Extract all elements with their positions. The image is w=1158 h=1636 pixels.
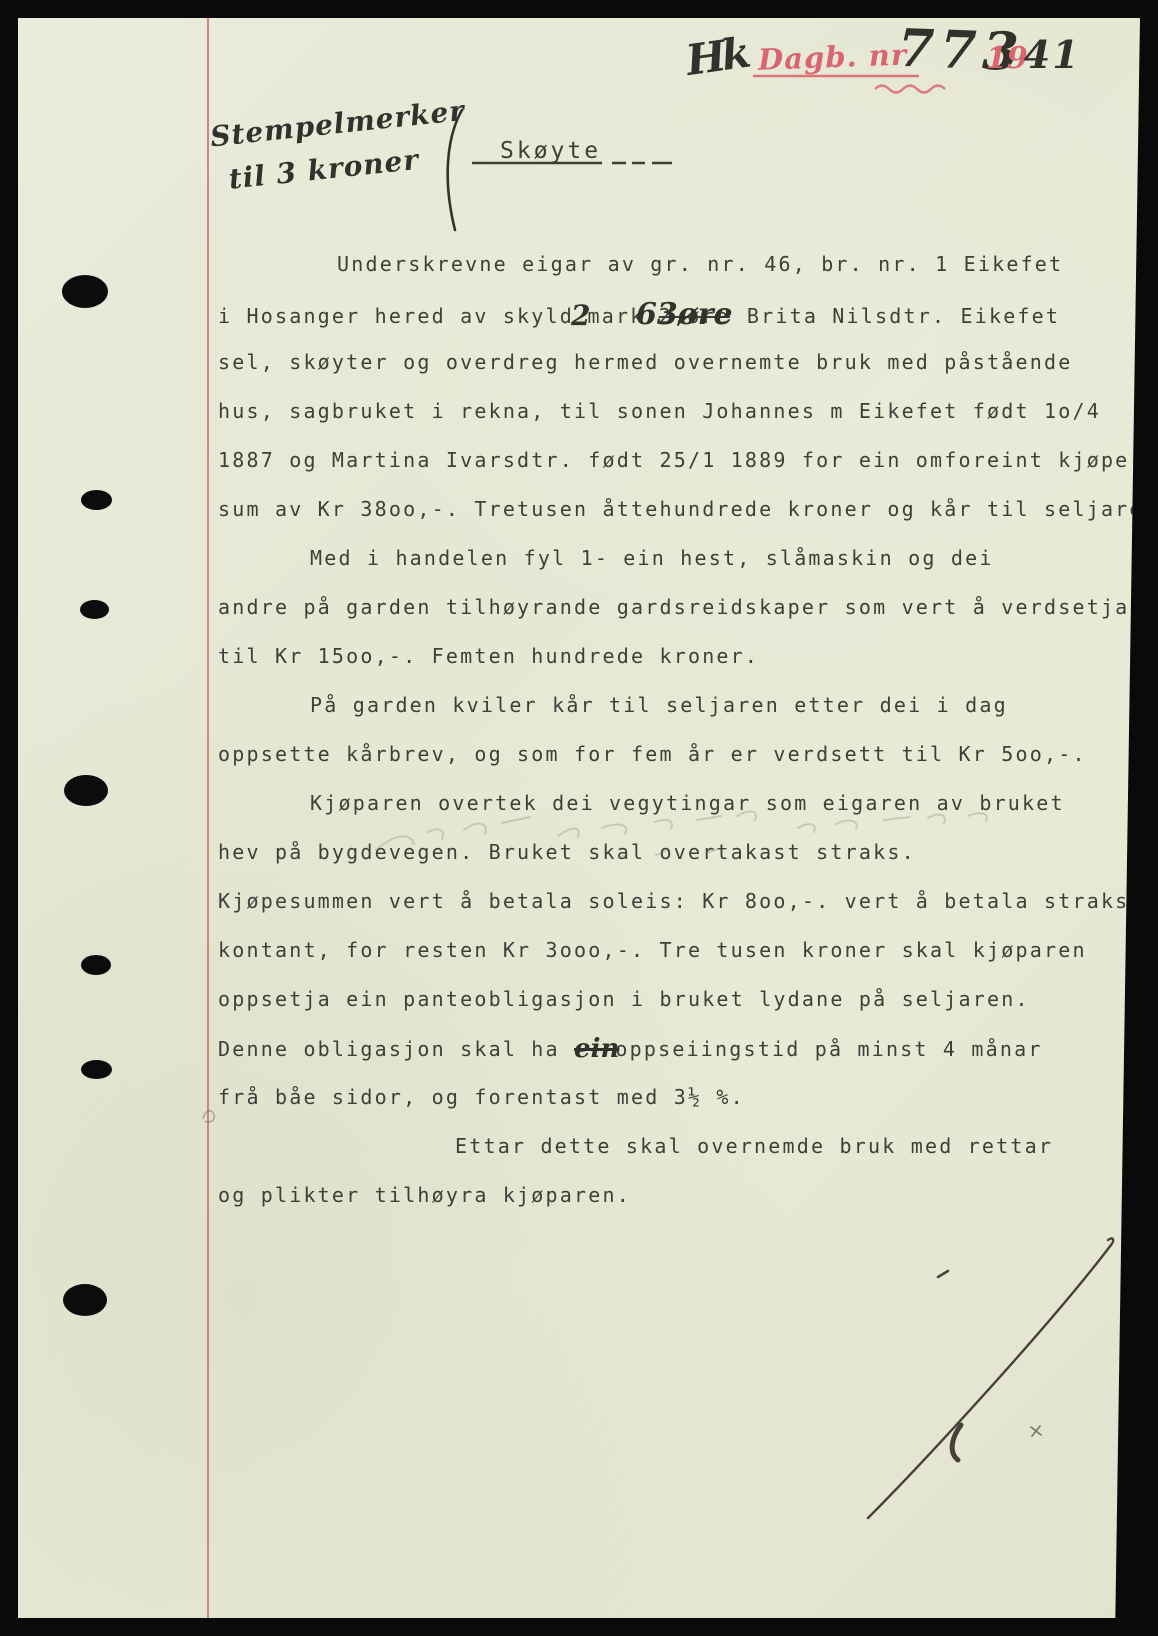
handwritten-correction: 63øre <box>636 297 733 332</box>
stamp-note: Stempelmerker til 3 kroner <box>208 89 472 203</box>
typed-line: sel, skøyter og overdreg hermed overnemt… <box>218 338 1158 387</box>
typed-text: På garden kviler kår til seljaren etter … <box>310 693 1008 717</box>
punch-hole <box>64 775 108 806</box>
punch-hole <box>81 1060 112 1079</box>
typed-line: Underskrevne eigar av gr. nr. 46, br. nr… <box>218 240 1158 289</box>
margin-rule-line <box>207 18 209 1618</box>
typed-line: til Kr 15oo,-. Femten hundrede kroner. <box>218 632 1158 681</box>
typed-line: Ettar dette skal overnemde bruk med rett… <box>218 1122 1158 1171</box>
year-written: 41 <box>1024 32 1081 77</box>
typed-line: frå båe sidor, og forentast med 3½ %. <box>218 1073 1158 1122</box>
typed-line: Med i handelen fyl 1- ein hest, slåmaski… <box>218 534 1158 583</box>
typed-text: sel, skøyter og overdreg hermed overnemt… <box>218 350 1072 374</box>
brace-mark <box>438 106 468 236</box>
title-underline <box>470 160 690 168</box>
ink-bleedthrough <box>368 806 1048 872</box>
typed-text: frå båe sidor, og forentast med 3½ %. <box>218 1085 745 1109</box>
typed-text: 1887 og Martina Ivarsdtr. født 25/1 1889… <box>218 448 1144 472</box>
punch-hole <box>81 490 112 510</box>
typed-line: oppsette kårbrev, og som for fem år er v… <box>218 730 1158 779</box>
typed-line: oppsetja ein panteobligasjon i bruket ly… <box>218 975 1158 1024</box>
typed-text: Ettar dette skal overnemde bruk med rett… <box>455 1134 1053 1158</box>
pen-stroke <box>828 1213 1138 1543</box>
typed-text: Denne obligasjon skal ha <box>218 1037 574 1061</box>
punch-hole <box>80 600 109 619</box>
typed-line: På garden kviler kår til seljaren etter … <box>218 681 1158 730</box>
typed-line: kontant, for resten Kr 3ooo,-. Tre tusen… <box>218 926 1158 975</box>
typed-line: hus, sagbruket i rekna, til sonen Johann… <box>218 387 1158 436</box>
typed-line: Denne obligasjon skal ha einoppseiingsti… <box>218 1024 1158 1073</box>
typed-text: hus, sagbruket i rekna, til sonen Johann… <box>218 399 1101 423</box>
typed-text: sum av Kr 38oo,-. Tretusen åttehundrede … <box>218 497 1158 521</box>
typed-body: Underskrevne eigar av gr. nr. 46, br. nr… <box>218 240 1158 1220</box>
scanned-document: { "document": { "journal": { "initials":… <box>0 0 1158 1636</box>
typed-text: Med i handelen fyl 1- ein hest, slåmaski… <box>310 546 994 570</box>
year-printed: 19 <box>986 41 1028 76</box>
typed-text: i Hosanger hered av skyld <box>218 304 574 328</box>
punch-hole <box>62 275 108 308</box>
clerk-initials: Hk <box>683 28 750 85</box>
struck-handwritten-text: ein <box>574 1034 619 1064</box>
typed-text: oppsette kårbrev, og som for fem år er v… <box>218 742 1087 766</box>
typed-text: og plikter tilhøyra kjøparen. <box>218 1183 631 1207</box>
typed-text: oppsetja ein panteobligasjon i bruket ly… <box>218 987 1030 1011</box>
punch-hole <box>81 955 111 975</box>
handwritten-correction: 2 <box>571 299 590 332</box>
punch-hole <box>63 1284 107 1316</box>
typed-line: sum av Kr 38oo,-. Tretusen åttehundrede … <box>218 485 1158 534</box>
year-annotation: 1941 <box>986 32 1081 77</box>
typed-text: Kjøpesummen vert å betala soleis: Kr 8oo… <box>218 889 1129 913</box>
paper-page: Stempelmerker til 3 kroner Skøyte Hk Dag… <box>18 18 1140 1618</box>
typed-text: andre på garden tilhøyrande gardsreidska… <box>218 595 1129 619</box>
typed-text: til Kr 15oo,-. Femten hundrede kroner. <box>218 644 759 668</box>
typed-line: i Hosanger hered av skyld2mark 2,øre63ør… <box>218 289 1158 338</box>
typed-line: 1887 og Martina Ivarsdtr. født 25/1 1889… <box>218 436 1158 485</box>
typed-text: oppseiingstid på minst 4 månar <box>615 1037 1042 1061</box>
typed-text: Brita Nilsdtr. Eikefet <box>733 304 1061 328</box>
typed-text: Underskrevne eigar av gr. nr. 46, br. nr… <box>337 252 1063 276</box>
typed-text: kontant, for resten Kr 3ooo,-. Tre tusen… <box>218 938 1087 962</box>
typed-line: Kjøpesummen vert å betala soleis: Kr 8oo… <box>218 877 1158 926</box>
typed-line: andre på garden tilhøyrande gardsreidska… <box>218 583 1158 632</box>
margin-pencil-mark <box>200 1104 218 1126</box>
